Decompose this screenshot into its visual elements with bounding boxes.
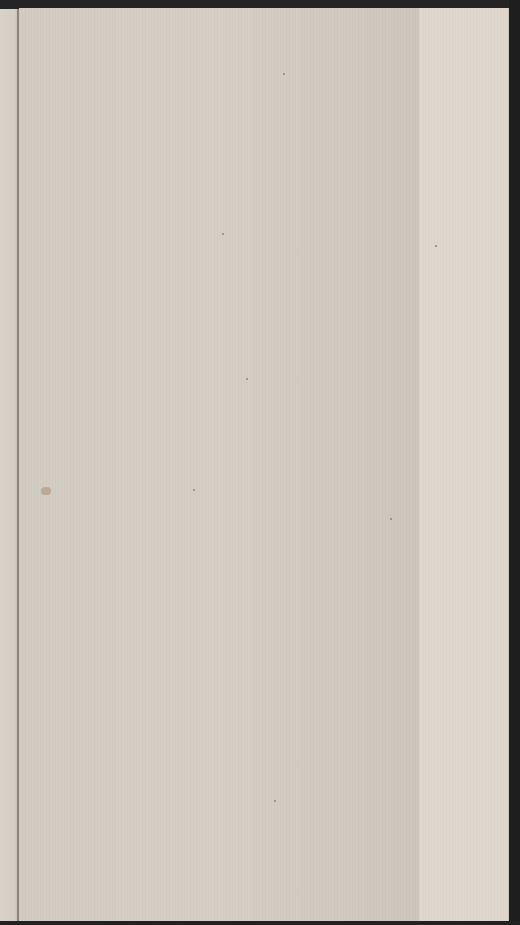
paper-speck <box>390 518 392 520</box>
book-spine <box>17 9 19 921</box>
page-shading <box>19 8 419 921</box>
scan-background-bottom <box>0 921 520 925</box>
scan-background-right <box>509 0 520 925</box>
paper-speck <box>274 800 276 802</box>
paper-speck <box>222 233 224 235</box>
paper-stain <box>41 487 51 495</box>
paper-speck <box>246 378 248 380</box>
page-fold-strip <box>419 8 508 921</box>
paper-speck <box>193 489 195 491</box>
paper-speck <box>435 245 437 247</box>
paper-speck <box>283 73 285 75</box>
